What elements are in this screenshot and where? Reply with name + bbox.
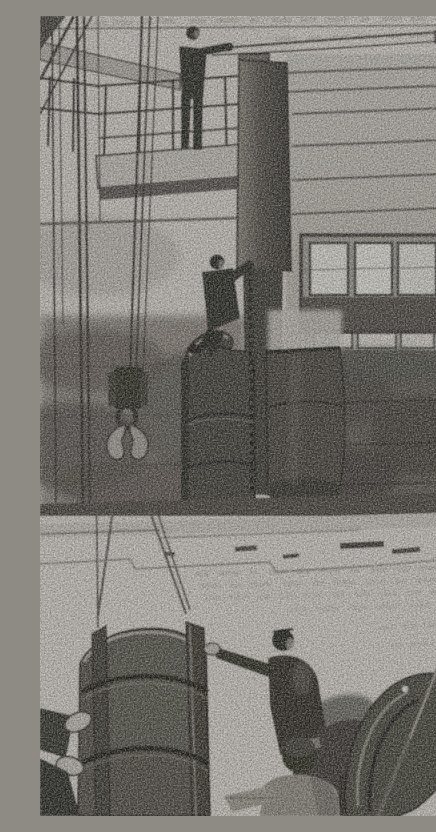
photo-canvas: [40, 16, 436, 816]
newspaper-photo: Newspaper photograph: crane assembly of …: [40, 16, 436, 816]
grain-light-overlay: [40, 16, 436, 816]
